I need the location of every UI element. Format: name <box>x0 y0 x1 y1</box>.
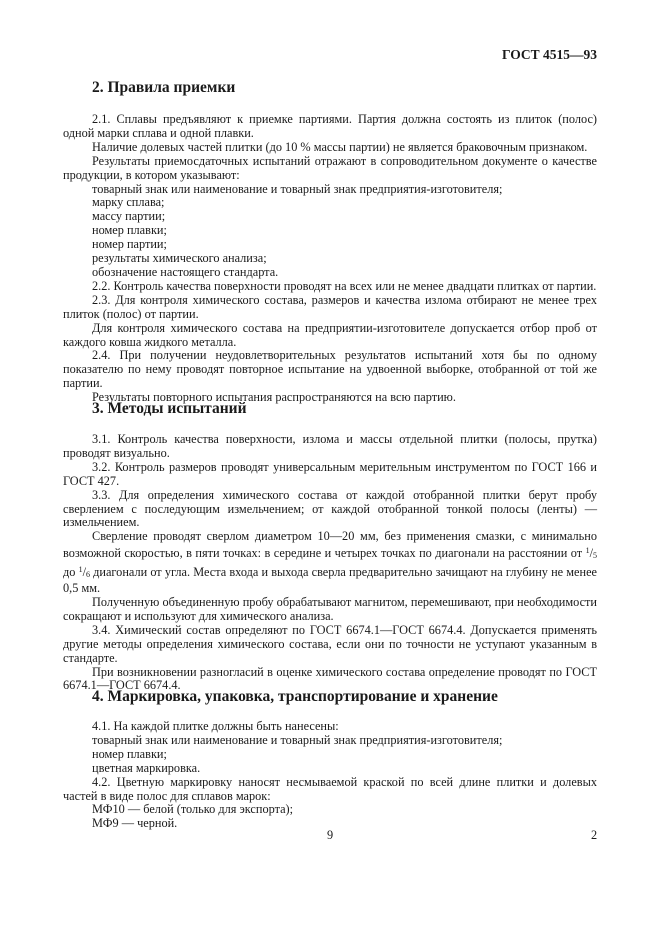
list-item: номер плавки; <box>63 748 597 762</box>
paragraph: Наличие долевых частей плитки (до 10 % м… <box>63 141 597 155</box>
paragraph: 2.3. Для контроля химического состава, р… <box>63 294 597 322</box>
fraction-one-fifth: 1/5 <box>586 546 597 560</box>
list-item: товарный знак или наименование и товарны… <box>63 734 597 748</box>
paragraph: 3.2. Контроль размеров проводят универса… <box>63 461 597 489</box>
list-item: массу партии; <box>63 210 597 224</box>
paragraph: 4.1. На каждой плитке должны быть нанесе… <box>63 720 597 734</box>
section-3-body: 3.1. Контроль качества поверхности, изло… <box>63 433 597 693</box>
section-3-heading: 3. Методы испытаний <box>92 400 247 418</box>
drilling-paragraph: Сверление проводят сверлом диаметром 10—… <box>63 530 597 596</box>
fraction-one-sixth: 1/6 <box>79 565 90 579</box>
list-item: номер плавки; <box>63 224 597 238</box>
paragraph: 2.1. Сплавы предъявляют к приемке партия… <box>63 113 597 141</box>
paragraph: 2.2. Контроль качества поверхности прово… <box>63 280 597 294</box>
sheet-number: 2 <box>591 828 597 843</box>
list-item: обозначение настоящего стандарта. <box>63 266 597 280</box>
paragraph: 3.3. Для определения химического состава… <box>63 489 597 531</box>
document-page: ГОСТ 4515—93 2. Правила приемки 2.1. Спл… <box>0 0 661 936</box>
list-item: цветная маркировка. <box>63 762 597 776</box>
section-4-body: 4.1. На каждой плитке должны быть нанесе… <box>63 720 597 831</box>
page-number: 9 <box>327 828 333 843</box>
list-item: результаты химического анализа; <box>63 252 597 266</box>
list-item: товарный знак или наименование и товарны… <box>63 183 597 197</box>
paragraph: Полученную объединенную пробу обрабатыва… <box>63 596 597 624</box>
paragraph: 4.2. Цветную маркировку наносят несмывае… <box>63 776 597 804</box>
paragraph: Результаты приемосдаточных испытаний отр… <box>63 155 597 183</box>
standard-designation: ГОСТ 4515—93 <box>502 47 597 63</box>
paragraph: 3.4. Химический состав определяют по ГОС… <box>63 624 597 666</box>
paragraph: 3.1. Контроль качества поверхности, изло… <box>63 433 597 461</box>
list-item: марку сплава; <box>63 196 597 210</box>
section-2-body: 2.1. Сплавы предъявляют к приемке партия… <box>63 113 597 405</box>
list-item: номер партии; <box>63 238 597 252</box>
list-item: МФ10 — белой (только для экспорта); <box>63 803 597 817</box>
paragraph: Для контроля химического состава на пред… <box>63 322 597 350</box>
section-2-heading: 2. Правила приемки <box>92 79 235 97</box>
paragraph: 2.4. При получении неудовлетворительных … <box>63 349 597 391</box>
section-4-heading: 4. Маркировка, упаковка, транспортирован… <box>92 688 498 706</box>
